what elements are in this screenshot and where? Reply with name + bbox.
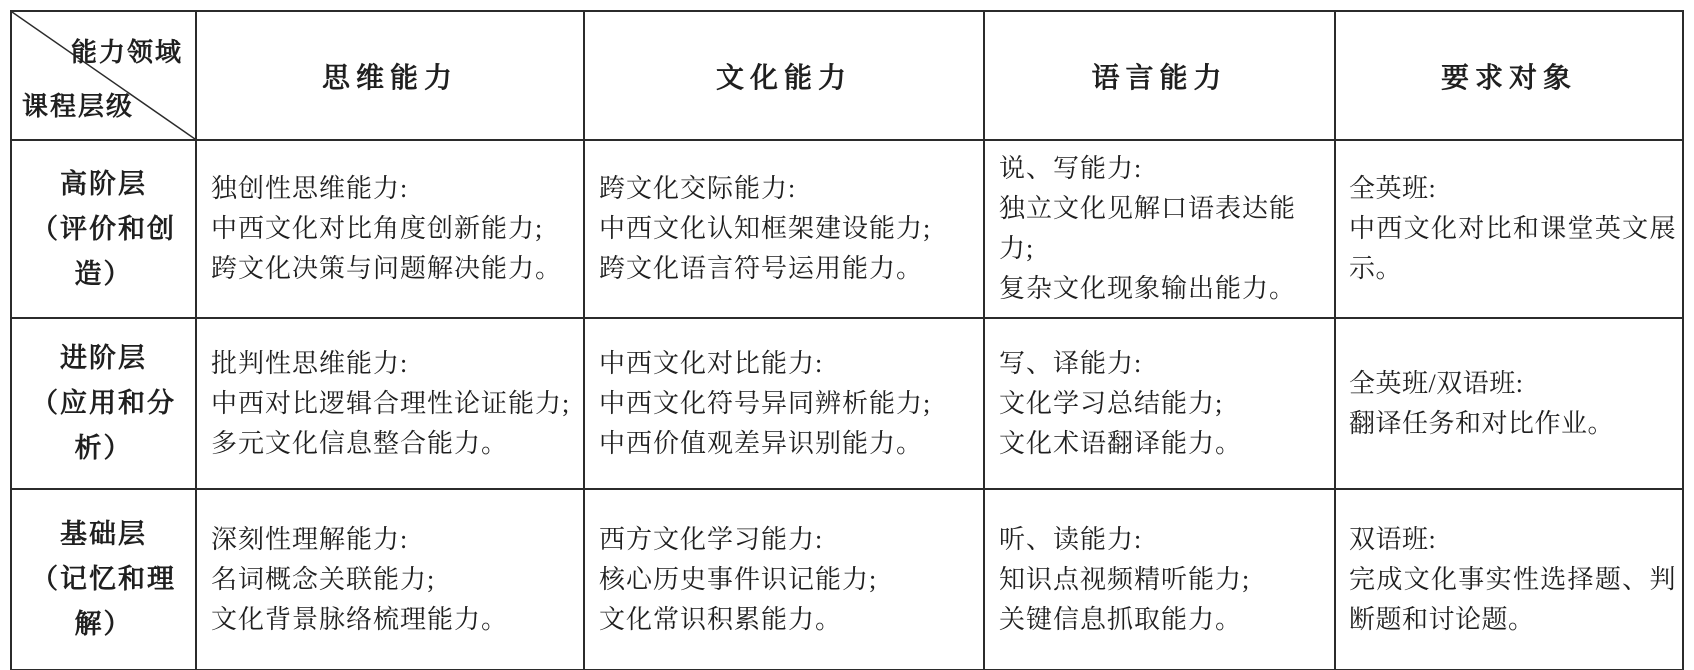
cell-line: 听、读能力: xyxy=(999,520,1324,560)
cell-intermediate-language: 写、译能力: 文化学习总结能力; 文化术语翻译能力。 xyxy=(984,318,1335,489)
column-header-language: 语言能力 xyxy=(984,11,1335,140)
cell-line: 批判性思维能力: xyxy=(211,344,573,384)
cell-line: 跨文化交际能力: xyxy=(599,169,973,209)
cell-line: 文化背景脉络梳理能力。 xyxy=(211,600,573,640)
cell-line: 深刻性理解能力: xyxy=(211,520,573,560)
column-header-culture: 文化能力 xyxy=(584,11,984,140)
cell-line: 全英班/双语班: xyxy=(1349,364,1676,404)
cell-line: 文化术语翻译能力。 xyxy=(999,424,1324,464)
cell-line: 中西文化对比和课堂英文展示。 xyxy=(1349,209,1676,289)
row-level-name: 基础层 xyxy=(16,512,191,557)
cell-basic-thinking: 深刻性理解能力: 名词概念关联能力; 文化背景脉络梳理能力。 xyxy=(196,489,584,670)
cell-basic-target: 双语班: 完成文化事实性选择题、判断题和讨论题。 xyxy=(1335,489,1683,670)
cell-advanced-culture: 跨文化交际能力: 中西文化认知框架建设能力; 跨文化语言符号运用能力。 xyxy=(584,140,984,318)
cell-line: 西方文化学习能力: xyxy=(599,520,973,560)
corner-label-course-level: 课程层级 xyxy=(22,86,134,123)
row-level-name: 进阶层 xyxy=(16,336,191,381)
row-level-note: （评价和创造） xyxy=(16,207,191,297)
cell-line: 多元文化信息整合能力。 xyxy=(211,424,573,464)
cell-line: 独立文化见解口语表达能力; xyxy=(999,189,1324,269)
cell-basic-language: 听、读能力: 知识点视频精听能力; 关键信息抓取能力。 xyxy=(984,489,1335,670)
cell-advanced-thinking: 独创性思维能力: 中西文化对比角度创新能力; 跨文化决策与问题解决能力。 xyxy=(196,140,584,318)
table-row-advanced: 高阶层 （评价和创造） 独创性思维能力: 中西文化对比角度创新能力; 跨文化决策… xyxy=(11,140,1683,318)
cell-line: 文化学习总结能力; xyxy=(999,384,1324,424)
cell-basic-culture: 西方文化学习能力: 核心历史事件识记能力; 文化常识积累能力。 xyxy=(584,489,984,670)
row-label-intermediate: 进阶层 （应用和分析） xyxy=(11,318,196,489)
document-page: 能力领域 课程层级 思维能力 文化能力 语言能力 要求对象 高阶层 （评价和创造… xyxy=(0,0,1694,670)
column-header-target: 要求对象 xyxy=(1335,11,1683,140)
cell-line: 知识点视频精听能力; xyxy=(999,560,1324,600)
row-label-basic: 基础层 （记忆和理解） xyxy=(11,489,196,670)
cell-line: 翻译任务和对比作业。 xyxy=(1349,404,1676,444)
competency-matrix-table: 能力领域 课程层级 思维能力 文化能力 语言能力 要求对象 高阶层 （评价和创造… xyxy=(10,10,1684,670)
cell-line: 中西文化认知框架建设能力; xyxy=(599,209,973,249)
cell-line: 写、译能力: xyxy=(999,344,1324,384)
cell-line: 中西文化对比能力: xyxy=(599,344,973,384)
cell-line: 核心历史事件识记能力; xyxy=(599,560,973,600)
cell-line: 关键信息抓取能力。 xyxy=(999,600,1324,640)
cell-line: 跨文化决策与问题解决能力。 xyxy=(211,249,573,289)
column-header-thinking: 思维能力 xyxy=(196,11,584,140)
cell-line: 双语班: xyxy=(1349,520,1676,560)
table-row-basic: 基础层 （记忆和理解） 深刻性理解能力: 名词概念关联能力; 文化背景脉络梳理能… xyxy=(11,489,1683,670)
cell-line: 中西价值观差异识别能力。 xyxy=(599,424,973,464)
cell-advanced-language: 说、写能力: 独立文化见解口语表达能力; 复杂文化现象输出能力。 xyxy=(984,140,1335,318)
row-label-advanced: 高阶层 （评价和创造） xyxy=(11,140,196,318)
corner-header-cell: 能力领域 课程层级 xyxy=(11,11,196,140)
cell-intermediate-target: 全英班/双语班: 翻译任务和对比作业。 xyxy=(1335,318,1683,489)
header-row: 能力领域 课程层级 思维能力 文化能力 语言能力 要求对象 xyxy=(11,11,1683,140)
cell-line: 全英班: xyxy=(1349,169,1676,209)
cell-line: 中西对比逻辑合理性论证能力; xyxy=(211,384,573,424)
cell-line: 中西文化对比角度创新能力; xyxy=(211,209,573,249)
cell-line: 说、写能力: xyxy=(999,149,1324,189)
table-row-intermediate: 进阶层 （应用和分析） 批判性思维能力: 中西对比逻辑合理性论证能力; 多元文化… xyxy=(11,318,1683,489)
corner-label-ability-domain: 能力领域 xyxy=(71,32,183,69)
cell-intermediate-culture: 中西文化对比能力: 中西文化符号异同辨析能力; 中西价值观差异识别能力。 xyxy=(584,318,984,489)
cell-line: 文化常识积累能力。 xyxy=(599,600,973,640)
cell-line: 跨文化语言符号运用能力。 xyxy=(599,249,973,289)
cell-line: 完成文化事实性选择题、判断题和讨论题。 xyxy=(1349,560,1676,640)
cell-advanced-target: 全英班: 中西文化对比和课堂英文展示。 xyxy=(1335,140,1683,318)
row-level-note: （应用和分析） xyxy=(16,381,191,471)
cell-line: 复杂文化现象输出能力。 xyxy=(999,269,1324,309)
cell-intermediate-thinking: 批判性思维能力: 中西对比逻辑合理性论证能力; 多元文化信息整合能力。 xyxy=(196,318,584,489)
row-level-note: （记忆和理解） xyxy=(16,557,191,647)
row-level-name: 高阶层 xyxy=(16,162,191,207)
cell-line: 中西文化符号异同辨析能力; xyxy=(599,384,973,424)
cell-line: 独创性思维能力: xyxy=(211,169,573,209)
cell-line: 名词概念关联能力; xyxy=(211,560,573,600)
